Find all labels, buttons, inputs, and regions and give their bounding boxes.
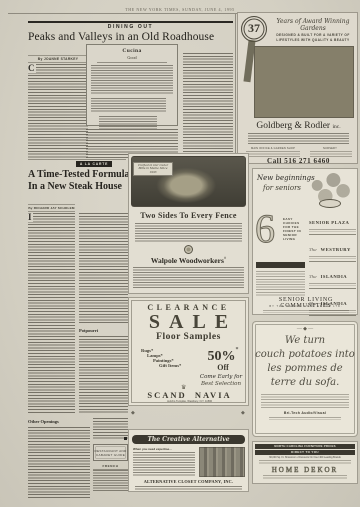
senior-script-line2: for seniors <box>263 184 301 192</box>
award-medallion-37: 37 <box>241 16 267 42</box>
scandinavia-ad: CLEARANCE SALE Floor Samples Rugs* Lamps… <box>128 297 249 406</box>
goldberg-company-name: Goldberg & Rodler inc. <box>240 121 357 131</box>
discount-off-word: Off <box>201 363 245 372</box>
sale-word: SALE <box>129 312 248 332</box>
sale-items-list: Rugs* Lamps* Paintings* Gift Items* <box>141 348 201 368</box>
homedekor-ad: NORTH CAROLINA FURNITURE PRICES DIRECT T… <box>252 441 358 484</box>
creative-banner: The Creative Alternative <box>132 435 245 444</box>
discount-block: 50%* Off <box>201 347 245 372</box>
fence-photo-caption: Crafted in Our Cedar Mills in Maine Sinc… <box>133 162 173 176</box>
steak-byline: By RICHARD JAY SCHOLEM <box>28 204 75 212</box>
creative-company-name: ALTERNATIVE CLOSET COMPANY, INC. <box>131 479 246 484</box>
easy-choices-block: EASY CHOICES FOR THE FINEST IN SENIOR LI… <box>283 217 307 241</box>
senior-footer-fineprint <box>263 310 349 313</box>
ornament-icon: — ◆ — <box>253 326 357 332</box>
steak-headline: A Time-Tested Formula In a New Steak Hou… <box>28 169 132 193</box>
roadhouse-col-c-text <box>183 53 233 157</box>
goldberg-nursery-label: NURSERY <box>308 147 352 150</box>
roadhouse-byline: By JOANNE STARKEY <box>28 55 88 63</box>
review-box-rating: Good <box>91 55 173 60</box>
discount-star: * <box>236 347 239 353</box>
guide-listing-text <box>93 470 128 492</box>
homedekor-footer-text <box>263 475 347 480</box>
walpole-company-name: Walpole Woodworkers® <box>131 256 246 265</box>
homedekor-brand: HOME DEKOR <box>253 466 357 474</box>
end-of-article-mark <box>124 437 127 440</box>
medallion-years-number: 37 <box>248 21 260 35</box>
closet-photo <box>199 447 245 477</box>
review-box-ratings-text <box>99 116 156 129</box>
restaurant-guide-box: RESTAURANT AND CABARET GUIDE <box>93 444 128 461</box>
creative-bullets-text <box>133 452 195 476</box>
review-box-details-text <box>91 98 166 113</box>
floret-ornament-icon: ◆ <box>131 410 135 416</box>
britech-ad: — ◆ — We turn couch potatoes into les po… <box>252 321 358 437</box>
come-early-line1: Come Early for <box>195 374 247 380</box>
newspaper-page: { "page": { "running_head": "THE NEW YOR… <box>0 0 360 507</box>
goldberg-office-label: MAIN OFFICE & GARDEN SHOP <box>244 147 302 150</box>
goldberg-script-line: Years of Award Winning Gardens <box>270 19 356 32</box>
britech-line4: terre du sofa. <box>253 377 357 388</box>
goldberg-tagline-2: LIFESTYLES WITH QUALITY & BEAUTY <box>270 38 356 42</box>
britech-address-text <box>269 417 341 420</box>
goldberg-company-suffix: inc. <box>332 124 340 130</box>
steak-dropcap: I <box>28 213 33 222</box>
senior-callout-banner <box>256 262 305 268</box>
britech-body-text <box>261 394 349 408</box>
review-box-details-text <box>91 65 173 95</box>
editorial-ad-divider <box>235 14 236 162</box>
walpole-ad: Crafted in Our Cedar Mills in Maine Sinc… <box>128 153 249 294</box>
steak-headline-line2: In a New Steak House <box>28 181 132 193</box>
goldberg-phone: Call 516 271 6460 <box>240 157 357 165</box>
steak-col2-text-a <box>79 213 128 325</box>
garden-arbor-photo <box>254 46 354 118</box>
senior-living-ad: New beginnings for seniors 6 EASY CHOICE… <box>252 168 358 315</box>
come-early-line2: Best Selection <box>195 381 247 387</box>
review-box-divider <box>97 62 167 63</box>
goldberg-bullets-text <box>248 133 349 144</box>
steak-col2-text-b <box>79 336 128 414</box>
community-entry: The WESTBURY <box>309 238 356 262</box>
floret-ornament-icon: ◆ <box>241 410 245 416</box>
steak-col1-text <box>28 213 75 413</box>
guide-line2: CABARET GUIDE <box>94 453 127 457</box>
community-entry: SENIOR PLAZA <box>309 211 356 235</box>
homedekor-subline: 60,000 Sq. Ft. Showroom • Discounts On O… <box>253 456 357 459</box>
creative-alternative-ad: The Creative Alternative When you need e… <box>128 429 249 492</box>
easy-choices-line: LIVING <box>283 237 307 241</box>
floor-samples-line: Floor Samples <box>129 332 248 342</box>
creative-phones-text <box>135 486 242 491</box>
alacarte-rule <box>28 159 126 160</box>
walpole-logo-icon <box>184 245 193 254</box>
senior-script-line1: New beginnings <box>257 174 315 182</box>
walpole-fineprint-text <box>133 267 244 289</box>
steak-headline-line1: A Time-Tested Formula <box>28 169 132 181</box>
review-box: Cucina Good <box>86 44 178 126</box>
homedekor-banner2: DIRECT TO YOU <box>255 450 355 455</box>
senior-footer-sub: BY THE SENIOR CARE GROUP LTD. <box>253 305 359 308</box>
walpole-headline: Two Sides To Every Fence <box>131 211 246 220</box>
homedekor-banner1: NORTH CAROLINA FURNITURE PRICES <box>255 444 355 449</box>
steak-bottom-right-text <box>93 418 128 440</box>
roadhouse-dropcap: C <box>28 64 36 73</box>
registered-mark: ® <box>224 256 226 260</box>
scandinavia-address: Jericho Turnpike, Westbury, N.Y. 11590 <box>129 400 250 403</box>
senior-smallprint-text <box>256 271 305 296</box>
fence-caption-text: Crafted in Our Cedar Mills in Maine Sinc… <box>135 164 171 174</box>
steak-subhead-potpourri: Potpourri <box>79 328 128 333</box>
steak-bottom-left-text <box>28 427 90 499</box>
alacarte-tag: A LA CARTE <box>76 161 112 167</box>
discount-value: 50% <box>208 349 236 364</box>
sale-item: Gift Items* <box>159 363 201 368</box>
creative-subhead: When you need expertise... <box>133 447 172 451</box>
britech-line1: We turn <box>253 335 357 346</box>
big-six-numeral: 6 <box>255 211 275 247</box>
britech-line2: couch potatoes into <box>253 349 357 360</box>
homedekor-body-text <box>259 460 351 465</box>
walpole-body-text <box>135 223 242 243</box>
roadhouse-col-a-text <box>28 64 88 159</box>
scandinavia-brand: SCAND NAVIA <box>129 390 250 400</box>
review-box-name: Cucina <box>91 48 173 54</box>
section-rule <box>28 21 233 23</box>
goldberg-tagline-1: DESIGNED & BUILT FOR A VARIETY OF <box>270 33 356 37</box>
community-entry: The ISLANDIA <box>309 265 356 289</box>
britech-company: Bri-Tech Audio/Visual <box>253 411 357 415</box>
goldberg-rodler-ad: 37 Years of Award Winning Gardens DESIGN… <box>237 12 358 164</box>
model-open-badge <box>319 199 341 208</box>
section-label: DINING OUT <box>28 24 233 30</box>
britech-line3: les pommes de <box>253 363 357 374</box>
steak-subhead-openings: Other Openings <box>28 419 90 424</box>
roadhouse-headline: Peaks and Valleys in an Old Roadhouse <box>28 31 214 43</box>
